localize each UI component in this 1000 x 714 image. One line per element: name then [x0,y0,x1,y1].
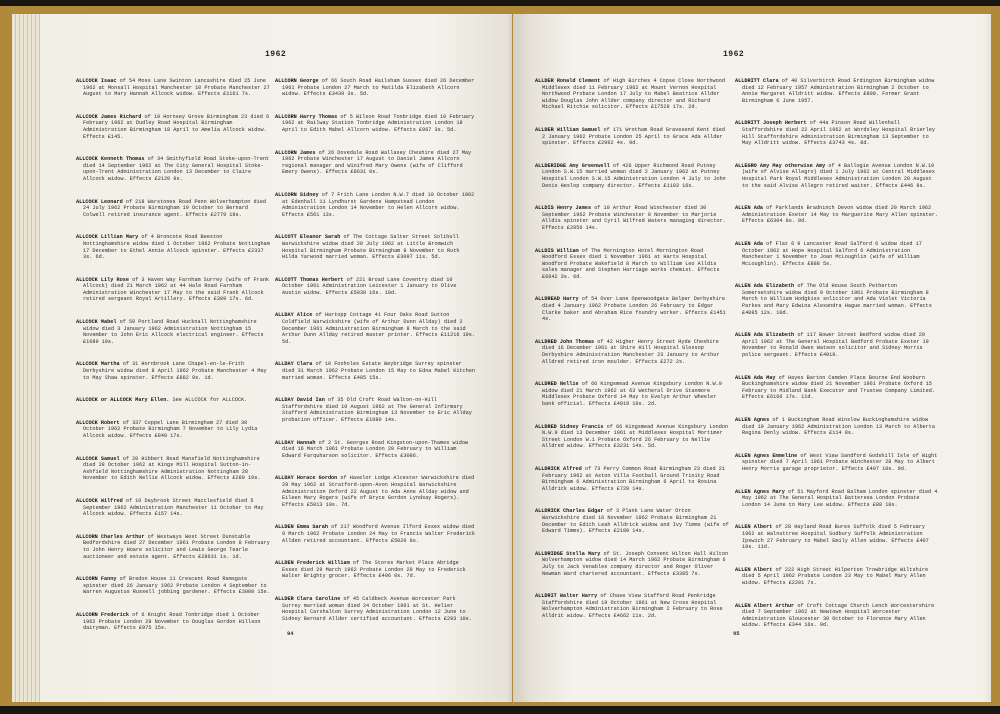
entry-forenames: Amy Greenwell [569,163,609,169]
entry-forenames: Emma Sarah [297,524,328,530]
register-entry: ALLCORN George of 66 South Road Hailsham… [275,78,475,98]
entry-surname: ALLCORN [76,576,98,582]
register-entry: ALLCOCK James Richard of 19 Hornsey Grov… [76,114,271,140]
entry-forenames: Harry Thomas [300,114,337,120]
entry-surname: ALLCORN [76,612,98,618]
left-page-column-2: ALLCORN George of 66 South Road Hailsham… [275,78,475,638]
register-entry: ALLCOTT Eleanor Sarah of The Cottage Sal… [275,234,475,260]
register-entry: ALLCOCK Kenneth Thomas of 34 Smithyfield… [76,156,271,182]
entry-forenames: Martha [101,361,120,367]
entry-forenames: Horace Gordon [297,475,337,481]
register-entry: ALLCORN Frederick of 6 Knight Road Tonbr… [76,612,271,632]
right-page-number: 95 [733,630,740,637]
register-entry: ALLCORN Harry Thomas of 5 Wilson Road To… [275,114,475,134]
entry-surname: ALLDER [275,596,294,602]
entry-forenames: Albert [754,567,773,573]
register-entry: ALLDAY Hannah of 2 St. Georges Road King… [275,440,475,460]
entry-forenames: Ada [754,205,763,211]
register-entry: ALLDRED Sidney Francis of 66 Kingsmead A… [535,424,730,450]
register-entry: ALLCOCK Lily Rose of 3 Haven Way Farnham… [76,277,271,303]
entry-forenames: Agnes Mary [754,489,785,495]
register-entry: ALLDERIDGE Amy Greenwell of 426 Upper Ri… [535,163,730,189]
entry-forenames: Joseph Herbert [763,120,807,126]
entry-surname: ALLDERIDGE [535,163,566,169]
entry-forenames: Isaac [101,78,117,84]
entry-forenames: Lily Rose [101,277,129,283]
register-entry: ALLDRITT Clara of 40 Silverbirch Road Er… [735,78,940,104]
register-entry: ALLDIS Henry James of 10 Arthur Road Win… [535,205,730,231]
entry-forenames: James [300,150,316,156]
entry-surname: ALLCOTT [275,234,297,240]
entry-forenames: Hannah [297,440,316,446]
entry-forenames: Ada Elizabeth [754,332,794,338]
entry-surname: ALLDRED [535,339,557,345]
entry-surname: ALLCOCK [76,361,98,367]
entry-surname: ALLEN [735,603,751,609]
register-entry: ALLDEN Emma Sarah of 217 Woodford Avenue… [275,524,475,544]
register-entry: ALLEN Albert of 222 High Street Hilperto… [735,567,940,587]
entry-surname: ALLCOCK or ALLCOCK [76,397,132,403]
left-page: 1962 ALLCOCK Isaac of 54 Moss Lane Swint… [12,14,512,702]
right-page-year: 1962 [723,50,744,59]
entry-surname: ALLDEN [275,524,294,530]
entry-forenames: Clara [763,78,779,84]
entry-forenames: William Samuel [557,127,601,133]
entry-forenames: Clara Caroline [297,596,341,602]
register-entry: ALLCORN James of 26 Dovedale Road Wallas… [275,150,475,176]
register-entry: ALLEN Agnes Mary of 51 Mayford Road Balh… [735,489,940,509]
right-page-column-2: ALLDRITT Clara of 40 Silverbirch Road Er… [735,78,940,645]
entry-surname: ALLDREAD [535,296,560,302]
register-entry: ALLDER Ronald Clement of High Birches 4 … [535,78,730,111]
right-page: 1962 ALLDER Ronald Clement of High Birch… [513,14,991,702]
register-entry: ALLEN Albert of 28 Hayland Road Bures Su… [735,524,940,550]
entry-forenames: Fanny [101,576,117,582]
register-entry: ALLEN Ada of Parklands Bradninch Devon w… [735,205,940,225]
entry-surname: ALLEN [735,241,751,247]
register-entry: ALLCOCK Samuel of 20 Hibbert Road Mansfi… [76,456,271,482]
entry-surname: ALLDIS [535,248,554,254]
entry-surname: ALLDRICK [535,466,560,472]
entry-surname: ALLDRIDGE [535,551,563,557]
entry-forenames: Eleanor Sarah [300,234,340,240]
entry-forenames: Robert [101,420,120,426]
entry-surname: ALLDRITT [735,120,760,126]
entry-forenames: Sidney Francis [560,424,604,430]
entry-forenames: Lillian Mary [101,234,138,240]
entry-forenames: Leonard [101,199,123,205]
entry-forenames: Albert [754,524,773,530]
register-entry: ALLCOTT Thomas Herbert of 221 Broad Lane… [275,277,475,297]
entry-surname: ALLEN [735,524,751,530]
entry-forenames: Charles Edgar [563,508,603,514]
entry-surname: ALLCOCK [76,456,98,462]
register-entry: ALLDER William Samuel of 171 Wrotham Roa… [535,127,730,147]
register-entry: ALLCOCK Martha of 31 Hornbrook Lane Chap… [76,361,271,381]
entry-forenames: Frederick William [297,560,350,566]
register-entry: ALLDREAD Harry of 54 Over Lane Openwoodg… [535,296,730,322]
entry-forenames: Ada May [754,375,776,381]
entry-forenames: William [557,248,579,254]
entry-surname: ALLDRIT [535,593,557,599]
entry-forenames: Thomas Herbert [300,277,344,283]
entry-forenames: Frederick [101,612,129,618]
entry-forenames: Henry James [557,205,591,211]
entry-surname: ALLEN [735,205,751,211]
book-spread: 1962 ALLCOCK Isaac of 54 Moss Lane Swint… [0,6,1000,706]
register-entry: ALLDRICK Alfred of 73 Perry Common Road … [535,466,730,492]
entry-surname: ALLCOCK [76,420,98,426]
entry-surname: ALLCOCK [76,156,98,162]
entry-surname: ALLCORN [275,114,297,120]
entry-forenames: Ada Elizabeth [754,283,794,289]
entry-forenames: Albert Arthur [754,603,794,609]
entry-forenames: Sidney [300,192,319,198]
entry-surname: ALLCOCK [76,319,98,325]
entry-forenames: David Ian [297,397,325,403]
entry-details: See ALLCOCK for ALLCOCK. [173,397,248,403]
entry-surname: ALLEN [735,332,751,338]
entry-surname: ALLCOCK [76,114,98,120]
entry-surname: ALLDAY [275,397,294,403]
entry-surname: ALLCOCK [76,234,98,240]
entry-surname: ALLEN [735,567,751,573]
register-entry: ALLCORN Fanny of Bredon House 11 Crescen… [76,576,271,596]
register-entry: ALLDAY Clara of 10 Foxholes Estate Weybr… [275,361,475,381]
entry-forenames: Agnes [754,417,770,423]
entry-surname: ALLCORN [275,150,297,156]
entry-surname: ALLCORN [275,192,297,198]
register-entry: ALLDAY David Ian of 35 Old Croft Road Wa… [275,397,475,423]
left-page-column-1: ALLCOCK Isaac of 54 Moss Lane Swinton La… [76,78,271,648]
register-entry: ALLCORN Sidney of 7 Frith Lane London N.… [275,192,475,218]
register-entry: ALLDRITT Joseph Herbert of 44a Pinson Ro… [735,120,940,146]
register-entry: ALLDER Clara Caroline of 45 Caldbeck Ave… [275,596,475,622]
register-entry: ALLDRED Nellie of 66 Kingsmead Avenue Ki… [535,381,730,407]
entry-surname: ALLCOCK [76,199,98,205]
entry-surname: ALLDAY [275,475,294,481]
entry-details: of Flat 6 9 Lancaster Road Salford 6 wid… [742,241,922,267]
register-entry: ALLEN Ada Elizabeth of The Old House Sou… [735,283,940,316]
entry-surname: ALLDAY [275,312,294,318]
register-entry: ALLCOCK or ALLCOCK Mary Ellen. See ALLCO… [76,397,271,404]
register-entry: ALLEGRO Amy May otherwise Amy of 4 Ballo… [735,163,940,189]
entry-surname: ALLEN [735,417,751,423]
register-entry: ALLDRED John Thomas of 42 Higher Henry S… [535,339,730,365]
entry-details: of 1 Buckingham Road Winslow Buckinghams… [742,417,935,436]
entry-forenames: John Thomas [560,339,594,345]
entry-surname: ALLDIS [535,205,554,211]
entry-surname: ALLCOCK [76,277,98,283]
entry-surname: ALLEGRO [735,163,757,169]
entry-surname: ALLEN [735,283,751,289]
register-entry: ALLDRICK Charles Edgar of 3 Plank Lane W… [535,508,730,534]
register-entry: ALLEN Albert Arthur of Croft Cottage Chu… [735,603,940,629]
entry-forenames: Charles Arthur [101,534,145,540]
entry-surname: ALLDEN [275,560,294,566]
entry-surname: ALLEN [735,375,751,381]
register-entry: ALLDEN Frederick William of The Stores M… [275,560,475,580]
register-entry: ALLCOCK Isaac of 54 Moss Lane Swinton La… [76,78,271,98]
entry-surname: ALLDRED [535,424,557,430]
entry-forenames: Ada [754,241,763,247]
entry-surname: ALLCOCK [76,78,98,84]
register-entry: ALLEN Ada May of Hayes Barton Camden Pla… [735,375,940,401]
entry-forenames: Kenneth Thomas [101,156,145,162]
page-edges [12,14,40,702]
register-entry: ALLCOCK Mabel of 50 Portland Road Huckna… [76,319,271,345]
entry-forenames: Agnes Emmeline [754,453,798,459]
register-entry: ALLDAY Alice of Hartopp Cottage 41 Four … [275,312,475,345]
entry-forenames: Ronald Clement [557,78,601,84]
entry-forenames: Mary Ellen. [135,397,169,403]
left-page-number: 94 [287,630,294,637]
right-page-column-1: ALLDER Ronald Clement of High Birches 4 … [535,78,730,635]
register-entry: ALLCORN Charles Arthur of Westways West … [76,534,271,560]
entry-forenames: Walter Harry [560,593,597,599]
register-entry: ALLCOCK Lillian Mary of 4 Broncote Road … [76,234,271,260]
entry-surname: ALLCOCK [76,498,98,504]
entry-forenames: Wilfred [101,498,123,504]
entry-forenames: Harry [563,296,579,302]
entry-forenames: Alice [297,312,313,318]
entry-forenames: Nellie [560,381,579,387]
register-entry: ALLDRIT Walter Harry of Chase View Staff… [535,593,730,619]
entry-forenames: Stella Mary [566,551,600,557]
entry-forenames: Amy May otherwise Amy [760,163,825,169]
entry-details: of Parklands Bradninch Devon widow died … [742,205,938,224]
entry-forenames: Mabel [101,319,117,325]
register-entry: ALLCOCK Wilfred of 10 Daybrook Street Ma… [76,498,271,518]
entry-surname: ALLEN [735,453,751,459]
entry-surname: ALLDAY [275,361,294,367]
register-entry: ALLEN Ada Elizabeth of 117 Bower Street … [735,332,940,358]
entry-forenames: Alfred [563,466,582,472]
entry-surname: ALLDRITT [735,78,760,84]
entry-surname: ALLDER [535,127,554,133]
entry-surname: ALLEN [735,489,751,495]
entry-forenames: George [300,78,319,84]
entry-surname: ALLDRICK [535,508,560,514]
entry-surname: ALLCOTT [275,277,297,283]
entry-surname: ALLDRED [535,381,557,387]
entry-surname: ALLCORN [275,78,297,84]
entry-forenames: Clara [297,361,313,367]
register-entry: ALLDIS William of The Mornington Hotel M… [535,248,730,281]
register-entry: ALLEN Agnes Emmeline of West View Sandfo… [735,453,940,473]
entry-forenames: Samuel [101,456,120,462]
register-entry: ALLEN Agnes of 1 Buckingham Road Winslow… [735,417,940,437]
entry-forenames: James Richard [101,114,141,120]
register-entry: ALLDRIDGE Stella Mary of St. Joseph Conv… [535,551,730,577]
register-entry: ALLDAY Horace Gordon of Haselor Lodge Al… [275,475,475,508]
register-entry: ALLCOCK Leonard of 218 Warstones Road Pe… [76,199,271,219]
entry-surname: ALLCORN [76,534,98,540]
entry-surname: ALLDAY [275,440,294,446]
entry-surname: ALLDER [535,78,554,84]
register-entry: ALLCOCK Robert of 337 Coppel Lane Birmin… [76,420,271,440]
left-page-year: 1962 [265,50,286,59]
register-entry: ALLEN Ada of Flat 6 9 Lancaster Road Sal… [735,241,940,267]
